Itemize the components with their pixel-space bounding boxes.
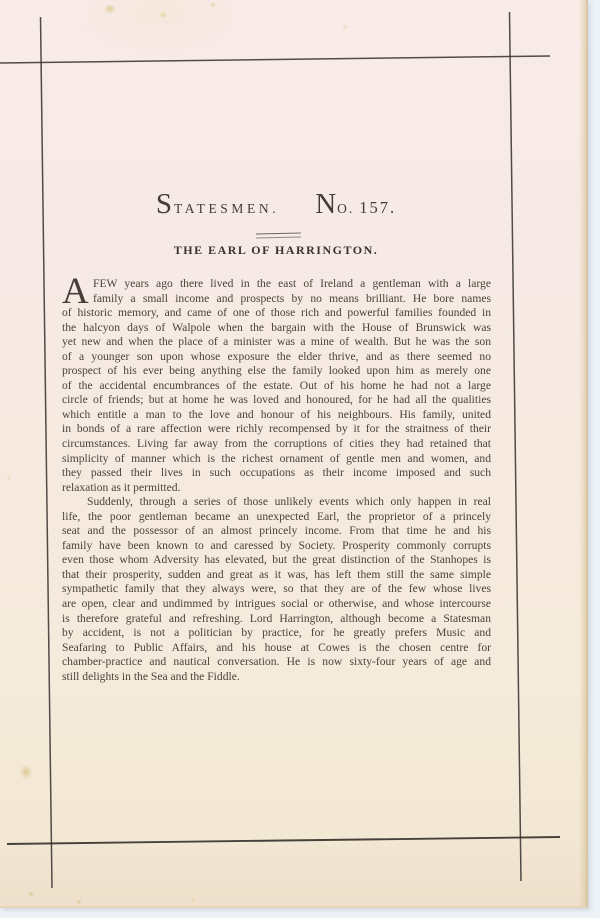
body-line: simplicity of manner which is the riches… — [62, 452, 491, 467]
article-title: THE EARL OF HARRINGTON. — [0, 243, 552, 258]
series-heading: Statesmen.No.157. — [0, 188, 552, 221]
body-line: that their prosperity, sudden and great … — [62, 568, 491, 583]
body-line: the halcyon days of Walpole when the bar… — [62, 321, 491, 336]
body-line: still delights in the Sea and the Fiddle… — [62, 670, 491, 685]
body-line: circumstances. Living far away from the … — [62, 437, 491, 452]
series-number: 157. — [359, 198, 396, 218]
body-line: life, the poor gentleman became an unexp… — [62, 510, 491, 525]
body-line: FEW years ago there lived in the east of… — [62, 277, 491, 292]
body-line: prospect of his ever being anything else… — [62, 364, 491, 379]
body-line: in bonds of a rare affection were richly… — [62, 422, 491, 437]
body-text: FEW years ago there lived in the east of… — [62, 277, 491, 684]
body-line: family have been known to and caressed b… — [62, 539, 491, 554]
body-line: Suddenly, through a series of those unli… — [62, 495, 491, 510]
body-line: are open, clear and undimmed by intrigue… — [62, 597, 491, 612]
body-line: they passed their lives in such occupati… — [62, 466, 491, 481]
body-line: even those whom Adversity has elevated, … — [62, 553, 491, 568]
body-line: chamber-practice and nautical conversati… — [62, 655, 491, 670]
series-number-label: No. — [315, 188, 354, 221]
body-line: by accident, is not a politician by prac… — [62, 626, 491, 641]
body-line: is therefore grateful and refreshing. Lo… — [62, 612, 491, 627]
body-line: Seafaring to Public Affairs, and his hou… — [62, 641, 491, 656]
body-line: sympathetic family that they always were… — [62, 582, 491, 597]
body-line: family a small income and prospects by n… — [62, 292, 491, 307]
body-line: circle of friends; but at home he was lo… — [62, 393, 491, 408]
title-divider-rule — [256, 233, 301, 239]
series-title: Statesmen. — [156, 188, 279, 221]
body-line: of historic memory, and came of one of t… — [62, 306, 491, 321]
body-line: of a younger son upon whose exposure the… — [62, 350, 491, 365]
body-line: seat and the possessor of an almost prin… — [62, 524, 491, 539]
body-line: of the accidental encumbrances of the es… — [62, 379, 491, 394]
scanned-page-image: Statesmen.No.157. THE EARL OF HARRINGTON… — [0, 0, 600, 918]
body-line: yet new and when the place of a minister… — [62, 335, 491, 350]
body-line: which entitle a man to the love and hono… — [62, 408, 491, 423]
body-line: relaxation as it permitted. — [62, 481, 491, 496]
